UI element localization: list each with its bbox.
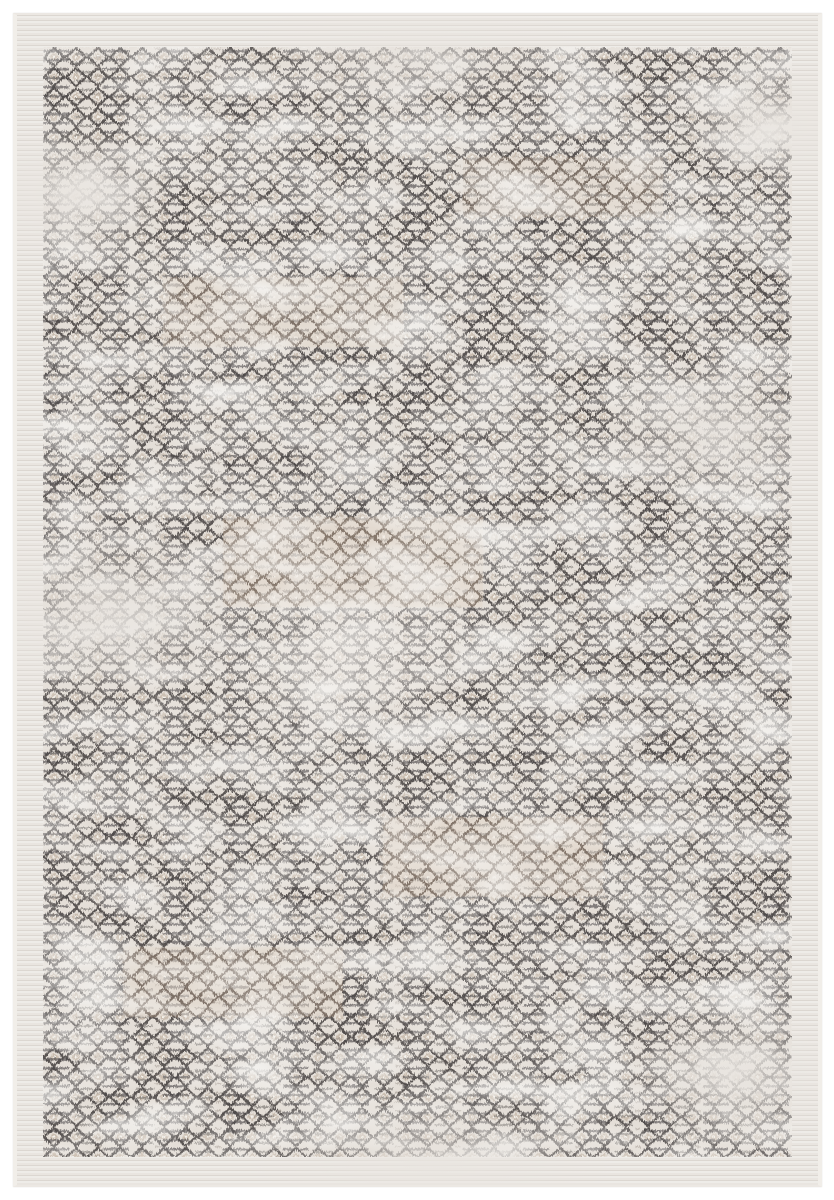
rug-pattern-field bbox=[43, 47, 792, 1157]
rug: Distressed cream rug with charcoal and t… bbox=[13, 13, 822, 1187]
diamond-lattice-pattern bbox=[43, 47, 792, 1157]
